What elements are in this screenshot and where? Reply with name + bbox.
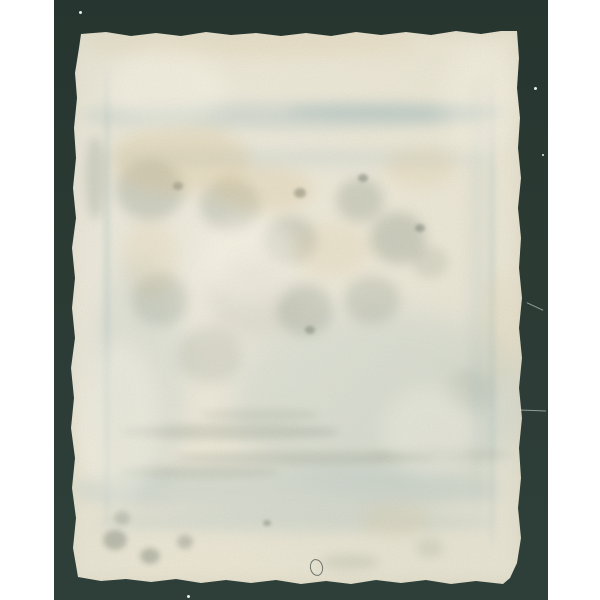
streak-mark [120, 424, 340, 440]
highlight-mark [382, 386, 478, 474]
stamp-photo-background [54, 0, 548, 600]
smudge-mark [370, 212, 426, 264]
smudge-mark [178, 327, 242, 383]
smudge-mark [140, 548, 160, 564]
photo-page [0, 0, 600, 600]
smudge-mark [412, 246, 448, 278]
smudge-mark [103, 530, 127, 550]
showthrough-band-mark [286, 103, 506, 121]
smudge-mark [416, 538, 444, 558]
stain-mark [110, 126, 250, 194]
stain-mark [359, 504, 431, 536]
showthrough-band-mark [106, 148, 486, 168]
highlight-mark [106, 48, 226, 128]
dust-speck [542, 154, 544, 156]
smudge-mark [320, 554, 380, 570]
fleck-mark [263, 520, 271, 526]
streak-mark [200, 409, 320, 421]
dust-speck [534, 87, 537, 90]
smudge-mark [200, 179, 260, 231]
fleck-mark [305, 326, 315, 334]
streak-mark [370, 448, 510, 462]
stain-mark [482, 274, 518, 386]
streak-mark [120, 466, 280, 478]
stain-mark [80, 33, 420, 57]
dust-hair [520, 410, 546, 412]
fleck-mark [358, 174, 368, 182]
highlight-mark [442, 45, 518, 155]
dust-speck [79, 11, 82, 14]
white-margin-right [548, 0, 600, 600]
stain-mark [122, 220, 178, 300]
stain-mark [215, 166, 315, 214]
showthrough-band-mark [71, 466, 501, 514]
smudge-mark [446, 368, 494, 412]
highlight-mark [80, 340, 160, 500]
frame-line-mark [489, 68, 495, 548]
smudge-mark [336, 178, 384, 222]
smudge-mark [114, 511, 130, 525]
highlight-mark [200, 216, 300, 304]
frame-line-mark [104, 68, 110, 528]
streak-mark [175, 451, 435, 465]
fleck-mark [415, 224, 425, 232]
white-margin-left [0, 0, 54, 600]
smudge-mark [116, 160, 184, 220]
smudge-mark [264, 216, 316, 264]
fleck-mark [173, 182, 183, 190]
frame-line-mark [469, 78, 487, 518]
smudge-mark [211, 260, 299, 340]
stain-mark [290, 222, 370, 278]
smudge-mark [177, 535, 193, 549]
smudge-mark [344, 276, 400, 324]
fleck-mark [294, 188, 306, 198]
smudge-mark [132, 274, 188, 326]
stamp-reverse [66, 28, 524, 586]
stain-mark [386, 148, 454, 188]
showthrough-and-cancel-marks [66, 28, 524, 586]
showthrough-wash-mark [92, 260, 188, 500]
dust-hair [527, 302, 544, 311]
showthrough-band-mark [96, 511, 496, 533]
showthrough-wash-mark [230, 310, 530, 490]
smudge-mark [277, 284, 333, 336]
dust-speck [187, 595, 190, 598]
showthrough-band-mark [81, 103, 481, 129]
smudge-mark [85, 136, 105, 220]
